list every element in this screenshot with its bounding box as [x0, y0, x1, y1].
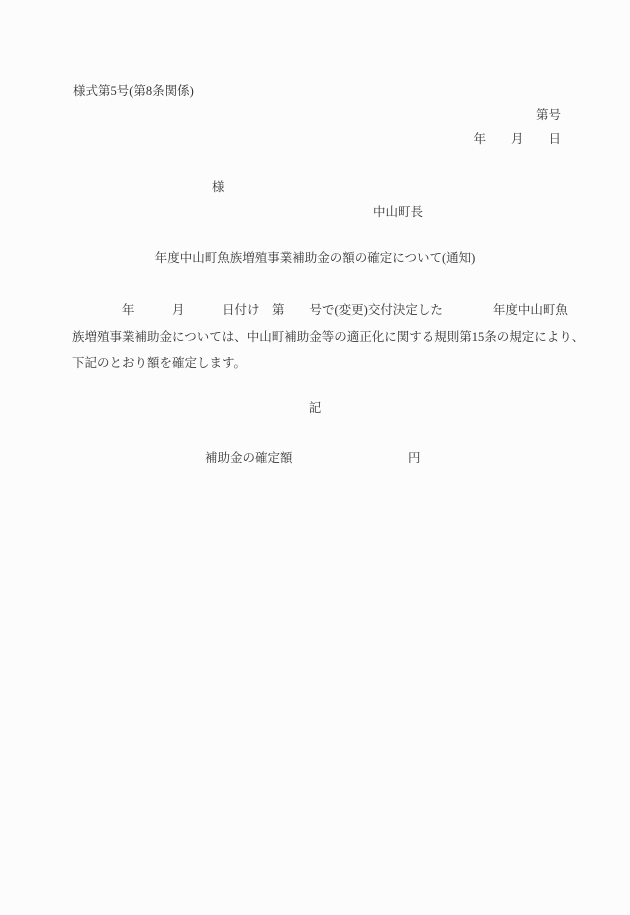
record-marker: 記: [0, 400, 630, 416]
body-line-1: 年 月 日付け 第 号で(変更)交付決定した 年度中山町魚: [72, 302, 568, 318]
date-line: 年 月 日: [473, 131, 561, 147]
body-line-2: 族増殖事業補助金については、中山町補助金等の適正化に関する規則第15条の規定によ…: [72, 329, 584, 345]
amount-label: 補助金の確定額: [205, 450, 293, 466]
document-title: 年度中山町魚族増殖事業補助金の額の確定について(通知): [0, 250, 630, 266]
form-number-label: 様式第5号(第8条関係): [73, 83, 194, 99]
document-number: 第号: [536, 107, 561, 123]
sender-title: 中山町長: [373, 204, 423, 220]
document-page: 様式第5号(第8条関係) 第号 年 月 日 様 中山町長 年度中山町魚族増殖事業…: [0, 0, 630, 915]
addressee-honorific: 様: [212, 179, 225, 195]
body-line-3: 下記のとおり額を確定します。: [72, 355, 246, 371]
amount-unit-label: 円: [408, 450, 421, 466]
